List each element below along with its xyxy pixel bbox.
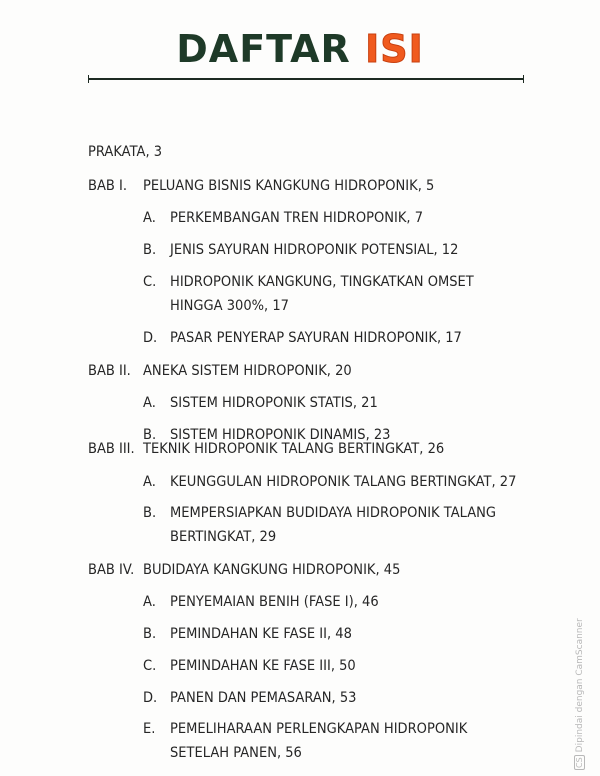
toc-entry-bab-3[interactable]: TEKNIK HIDROPONIK TALANG BERTINGKAT, 26 bbox=[143, 439, 444, 459]
toc-entry-bab-1[interactable]: BAB I. bbox=[88, 176, 127, 196]
toc-entry-bab-1-title[interactable]: PELUANG BISNIS KANGKUNG HIDROPONIK, 5 bbox=[143, 176, 434, 196]
toc-subentry-label: B. bbox=[143, 503, 156, 523]
toc-subentry-label: A. bbox=[143, 472, 156, 492]
toc-subentry-continued[interactable]: SETELAH PANEN, 56 bbox=[170, 743, 302, 763]
toc-subentry-label: A. bbox=[143, 208, 156, 228]
toc-subentry[interactable]: HIDROPONIK KANGKUNG, TINGKATKAN OMSET bbox=[170, 272, 474, 292]
toc-subentry[interactable]: JENIS SAYURAN HIDROPONIK POTENSIAL, 12 bbox=[170, 240, 458, 260]
toc-entry-text: PELUANG BISNIS KANGKUNG HIDROPONIK, 5 bbox=[143, 178, 434, 194]
toc-subentry[interactable]: MEMPERSIAPKAN BUDIDAYA HIDROPONIK TALANG bbox=[170, 503, 496, 523]
toc-entry-bab-2[interactable]: ANEKA SISTEM HIDROPONIK, 20 bbox=[143, 361, 352, 381]
toc-subentry-continued[interactable]: BERTINGKAT, 29 bbox=[170, 527, 276, 547]
toc-subentry[interactable]: KEUNGGULAN HIDROPONIK TALANG BERTINGKAT,… bbox=[170, 472, 516, 492]
title-divider bbox=[88, 78, 524, 80]
scanner-watermark: CSDipindai dengan CamScanner bbox=[574, 618, 585, 770]
watermark-text: Dipindai dengan CamScanner bbox=[575, 618, 585, 752]
toc-subentry[interactable]: SISTEM HIDROPONIK STATIS, 21 bbox=[170, 393, 378, 413]
toc-subentry-label: B. bbox=[143, 240, 156, 260]
title-word-isi: ISI bbox=[365, 27, 424, 71]
toc-entry-label: BAB II. bbox=[88, 361, 131, 381]
toc-subentry[interactable]: PANEN DAN PEMASARAN, 53 bbox=[170, 688, 356, 708]
toc-subentry[interactable]: PENYEMAIAN BENIH (FASE I), 46 bbox=[170, 592, 379, 612]
toc-subentry-continued[interactable]: HINGGA 300%, 17 bbox=[170, 296, 289, 316]
toc-subentry-label: E. bbox=[143, 719, 155, 739]
toc-entry-bab-4[interactable]: BUDIDAYA KANGKUNG HIDROPONIK, 45 bbox=[143, 560, 400, 580]
toc-entry-text: PRAKATA, 3 bbox=[88, 144, 162, 160]
toc-entry-label: BAB IV. bbox=[88, 560, 134, 580]
toc-subentry-label: C. bbox=[143, 272, 156, 292]
toc-subentry[interactable]: PEMELIHARAAN PERLENGKAPAN HIDROPONIK bbox=[170, 719, 467, 739]
page-title: DAFTAR ISI bbox=[0, 27, 600, 71]
toc-entry-label: BAB III. bbox=[88, 439, 135, 459]
toc-subentry-label: D. bbox=[143, 328, 157, 348]
title-word-daftar: DAFTAR bbox=[176, 27, 351, 71]
toc-subentry-label: A. bbox=[143, 592, 156, 612]
toc-entry-label: BAB I. bbox=[88, 178, 127, 194]
toc-subentry-label: B. bbox=[143, 624, 156, 644]
camscanner-logo-icon: CS bbox=[574, 755, 585, 770]
toc-subentry[interactable]: PEMINDAHAN KE FASE III, 50 bbox=[170, 656, 356, 676]
toc-subentry[interactable]: PERKEMBANGAN TREN HIDROPONIK, 7 bbox=[170, 208, 423, 228]
toc-subentry[interactable]: PASAR PENYERAP SAYURAN HIDROPONIK, 17 bbox=[170, 328, 462, 348]
toc-subentry-label: D. bbox=[143, 688, 157, 708]
toc-entry-prakata[interactable]: PRAKATA, 3 bbox=[88, 142, 162, 162]
toc-subentry[interactable]: PEMINDAHAN KE FASE II, 48 bbox=[170, 624, 352, 644]
toc-subentry-label: C. bbox=[143, 656, 156, 676]
toc-subentry-label: A. bbox=[143, 393, 156, 413]
